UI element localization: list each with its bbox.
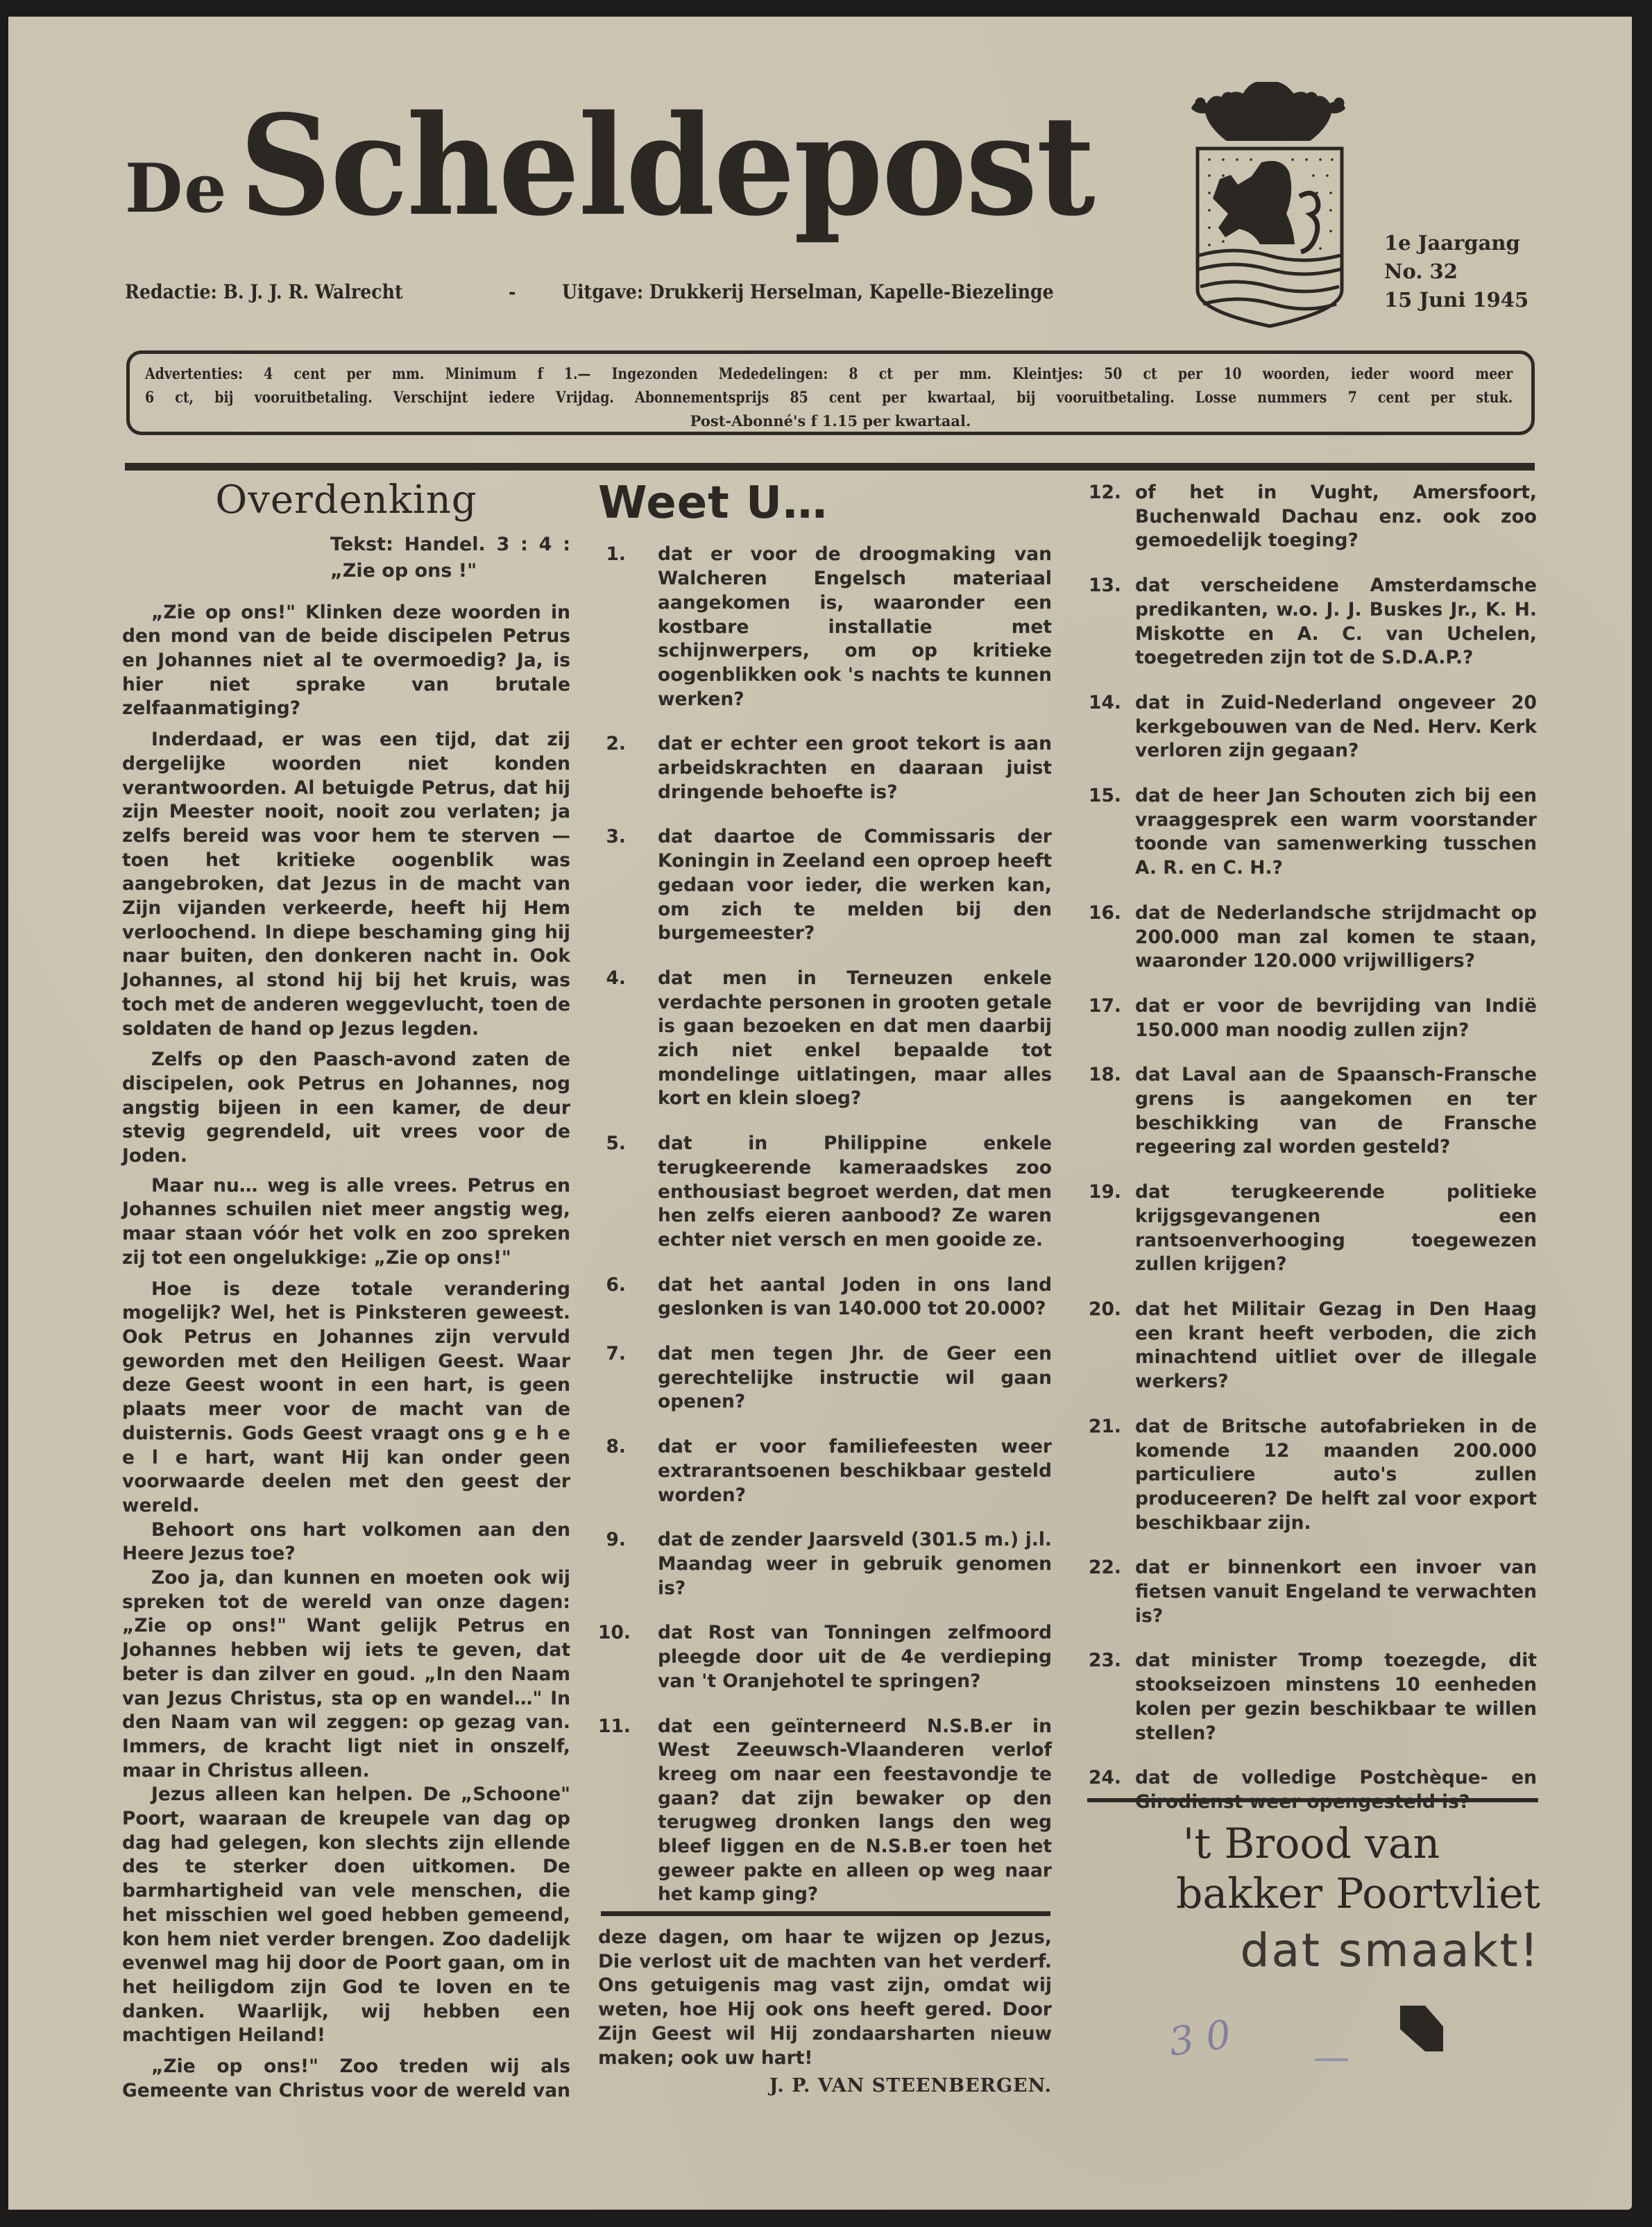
issue-number: No. 32 [1384, 257, 1528, 286]
question-number: 15. [1075, 784, 1135, 881]
question-number: 8. [598, 1435, 658, 1507]
question-number: 9. [598, 1528, 658, 1600]
question-item: 2.dat er echter een groot tekort is aan … [598, 732, 1052, 804]
hexagon-stamp-icon [1400, 2006, 1443, 2054]
paragraph: Jezus alleen kan helpen. De „Schoone" Po… [122, 1783, 570, 2048]
question-number: 3. [598, 825, 658, 946]
info-line-2: 6 ct, bij vooruitbetaling. Verschijnt ie… [145, 386, 1513, 409]
question-text: dat de Britsche autofabrieken in de kome… [1135, 1415, 1537, 1536]
question-item: 11.dat een geïnterneerd N.S.B.er in West… [598, 1715, 1052, 1908]
question-number: 7. [598, 1342, 658, 1414]
question-item: 7.dat men tegen Jhr. de Geer een gerecht… [598, 1342, 1052, 1414]
question-number: 16. [1075, 901, 1135, 974]
paragraph: Hoe is deze totale verandering mogelijk?… [122, 1278, 570, 1518]
question-number: 17. [1075, 994, 1135, 1042]
question-number: 10. [598, 1621, 658, 1693]
question-item: 24.dat de volledige Postchèque- en Girod… [1075, 1766, 1537, 1814]
question-text: dat de volledige Postchèque- en Girodien… [1135, 1766, 1537, 1814]
question-text: dat er binnenkort een invoer van fietsen… [1135, 1556, 1537, 1628]
question-text: dat men tegen Jhr. de Geer een gerechtel… [658, 1342, 1052, 1414]
question-item: 5.dat in Philippine enkele terugkeerende… [598, 1132, 1052, 1253]
question-item: 12.of het in Vught, Amersfoort, Buchenwa… [1075, 481, 1537, 553]
question-list-part-2: 12.of het in Vught, Amersfoort, Buchenwa… [1075, 481, 1537, 1815]
question-text: dat de heer Jan Schouten zich bij een vr… [1135, 784, 1537, 881]
bakery-advertisement: 't Brood van bakker Poortvliet dat smaak… [1082, 1820, 1540, 1982]
subscription-info-box: Advertenties: 4 cent per mm. Minimum f 1… [126, 350, 1535, 435]
question-item: 13.dat verscheidene Amsterdamsche predik… [1075, 574, 1537, 670]
question-item: 14.dat in Zuid-Nederland ongeveer 20 ker… [1075, 691, 1537, 763]
question-number: 14. [1075, 691, 1135, 763]
paragraph: Inderdaad, er was een tijd, dat zij derg… [122, 728, 570, 1041]
scripture-reference: Tekst: Handel. 3 : 4 : „Zie op ons !" [330, 532, 570, 584]
column-weet-u-continued: 12.of het in Vught, Amersfoort, Buchenwa… [1075, 481, 1537, 1836]
overdenking-heading: Overdenking [122, 479, 570, 522]
paragraph: „Zie op ons!" Zoo treden wij als Gemeent… [122, 2055, 570, 2103]
meta-separator: - [509, 280, 516, 303]
column-weet-u: Weet U… 1.dat er voor de droogmaking van… [598, 479, 1052, 1928]
publisher-line: Uitgave: Drukkerij Herselman, Kapelle-Bi… [562, 280, 1054, 303]
question-text: dat de Nederlandsche strijdmacht op 200.… [1135, 901, 1537, 974]
question-number: 23. [1075, 1649, 1135, 1745]
question-number: 13. [1075, 574, 1135, 670]
paragraph: Maar nu… weg is alle vrees. Petrus en Jo… [122, 1174, 570, 1271]
question-number: 12. [1075, 481, 1135, 553]
question-number: 18. [1075, 1063, 1135, 1160]
weet-u-heading: Weet U… [598, 479, 1052, 527]
question-number: 19. [1075, 1180, 1135, 1277]
question-text: dat verscheidene Amsterdamsche predikant… [1135, 574, 1537, 670]
question-text: dat in Zuid-Nederland ongeveer 20 kerkge… [1135, 691, 1537, 763]
question-text: dat de zender Jaarsveld (301.5 m.) j.l. … [658, 1528, 1052, 1600]
question-number: 20. [1075, 1298, 1135, 1394]
column-overdenking: Overdenking Tekst: Handel. 3 : 4 : „Zie … [122, 479, 570, 2103]
editor-line: Redactie: B. J. J. R. Walrecht [125, 280, 403, 303]
question-item: 22.dat er binnenkort een invoer van fiet… [1075, 1556, 1537, 1628]
question-list-part-1: 1.dat er voor de droogmaking van Walcher… [598, 543, 1052, 1907]
question-item: 3.dat daartoe de Commissaris der Koningi… [598, 825, 1052, 946]
question-number: 4. [598, 967, 658, 1111]
question-item: 8.dat er voor familiefeesten weer extrar… [598, 1435, 1052, 1507]
question-item: 6.dat het aantal Joden in ons land geslo… [598, 1273, 1052, 1321]
continuation-text: deze dagen, om haar te wijzen op Jezus, … [598, 1926, 1052, 2070]
paragraph: Zelfs op den Paasch-avond zaten de disci… [122, 1048, 570, 1169]
question-item: 20.dat het Militair Gezag in Den Haag ee… [1075, 1298, 1537, 1394]
pencil-annotation: 3 0 [1166, 2012, 1234, 2065]
question-text: dat minister Tromp toezegde, dit stookse… [1135, 1649, 1537, 1745]
info-line-1: Advertenties: 4 cent per mm. Minimum f 1… [145, 362, 1513, 386]
question-text: dat het aantal Joden in ons land geslonk… [658, 1273, 1052, 1321]
overdenking-continuation: deze dagen, om haar te wijzen op Jezus, … [598, 1926, 1052, 2099]
question-text: dat terugkeerende politieke krijgsgevang… [1135, 1180, 1537, 1277]
ad-line-2: bakker Poortvliet [1082, 1868, 1540, 1920]
question-text: dat er echter een groot tekort is aan ar… [658, 732, 1052, 804]
paragraph: Zoo ja, dan kunnen en moeten ook wij spr… [122, 1566, 570, 1783]
question-item: 15.dat de heer Jan Schouten zich bij een… [1075, 784, 1537, 881]
question-item: 18.dat Laval aan de Spaansch-Fransche gr… [1075, 1063, 1537, 1160]
volume-label: 1e Jaargang [1384, 229, 1528, 257]
question-item: 10.dat Rost van Tonningen zelfmoord plee… [598, 1621, 1052, 1693]
question-item: 16.dat de Nederlandsche strijdmacht op 2… [1075, 901, 1537, 974]
scripture-line-1: Tekst: Handel. 3 : 4 : [330, 532, 570, 558]
paragraph: „Zie op ons!" Klinken deze woorden in de… [122, 601, 570, 722]
ad-line-1: 't Brood van [1082, 1820, 1540, 1868]
masthead-de: De [125, 149, 228, 228]
question-text: dat men in Terneuzen enkele verdachte pe… [658, 967, 1052, 1111]
question-text: dat Laval aan de Spaansch-Fransche grens… [1135, 1063, 1537, 1160]
question-item: 9.dat de zender Jaarsveld (301.5 m.) j.l… [598, 1528, 1052, 1600]
question-text: dat een geïnterneerd N.S.B.er in West Ze… [658, 1715, 1052, 1908]
scripture-line-2: „Zie op ons !" [330, 558, 570, 584]
column-rule [601, 1911, 1050, 1916]
question-number: 2. [598, 732, 658, 804]
question-number: 5. [598, 1132, 658, 1253]
pencil-mark [1315, 2058, 1348, 2061]
question-number: 22. [1075, 1556, 1135, 1628]
question-text: dat er voor familiefeesten weer extraran… [658, 1435, 1052, 1507]
question-item: 4.dat men in Terneuzen enkele verdachte … [598, 967, 1052, 1111]
question-number: 11. [598, 1715, 658, 1908]
author-signature: J. P. VAN STEENBERGEN. [598, 2074, 1052, 2099]
advertisement-rule [1087, 1798, 1538, 1802]
question-item: 21.dat de Britsche autofabrieken in de k… [1075, 1415, 1537, 1536]
question-text: dat er voor de droogmaking van Walcheren… [658, 543, 1052, 711]
header-rule [125, 463, 1535, 471]
question-number: 24. [1075, 1766, 1135, 1814]
masthead-title: Scheldepost [239, 97, 1094, 235]
info-line-3: Post-Abonné's f 1.15 per kwartaal. [145, 409, 1516, 433]
question-text: dat het Militair Gezag in Den Haag een k… [1135, 1298, 1537, 1394]
question-text: dat daartoe de Commissaris der Koningin … [658, 825, 1052, 946]
question-item: 19.dat terugkeerende politieke krijgsgev… [1075, 1180, 1537, 1277]
question-text: dat Rost van Tonningen zelfmoord pleegde… [658, 1621, 1052, 1693]
question-item: 17.dat er voor de bevrijding van Indië 1… [1075, 994, 1537, 1042]
question-item: 23.dat minister Tromp toezegde, dit stoo… [1075, 1649, 1537, 1745]
question-number: 21. [1075, 1415, 1135, 1536]
paragraph: Behoort ons hart volkomen aan den Heere … [122, 1518, 570, 1566]
issue-info: 1e Jaargang No. 32 15 Juni 1945 [1384, 229, 1528, 314]
question-number: 1. [598, 543, 658, 711]
question-number: 6. [598, 1273, 658, 1321]
ad-line-3: dat smaakt! [1082, 1920, 1540, 1982]
question-text: dat in Philippine enkele terugkeerende k… [658, 1132, 1052, 1253]
question-item: 1.dat er voor de droogmaking van Walcher… [598, 543, 1052, 711]
question-text: of het in Vught, Amersfoort, Buchenwald … [1135, 481, 1537, 553]
issue-date: 15 Juni 1945 [1384, 286, 1528, 314]
question-text: dat er voor de bevrijding van Indië 150.… [1135, 994, 1537, 1042]
zeeland-coat-of-arms-icon [1185, 82, 1355, 330]
